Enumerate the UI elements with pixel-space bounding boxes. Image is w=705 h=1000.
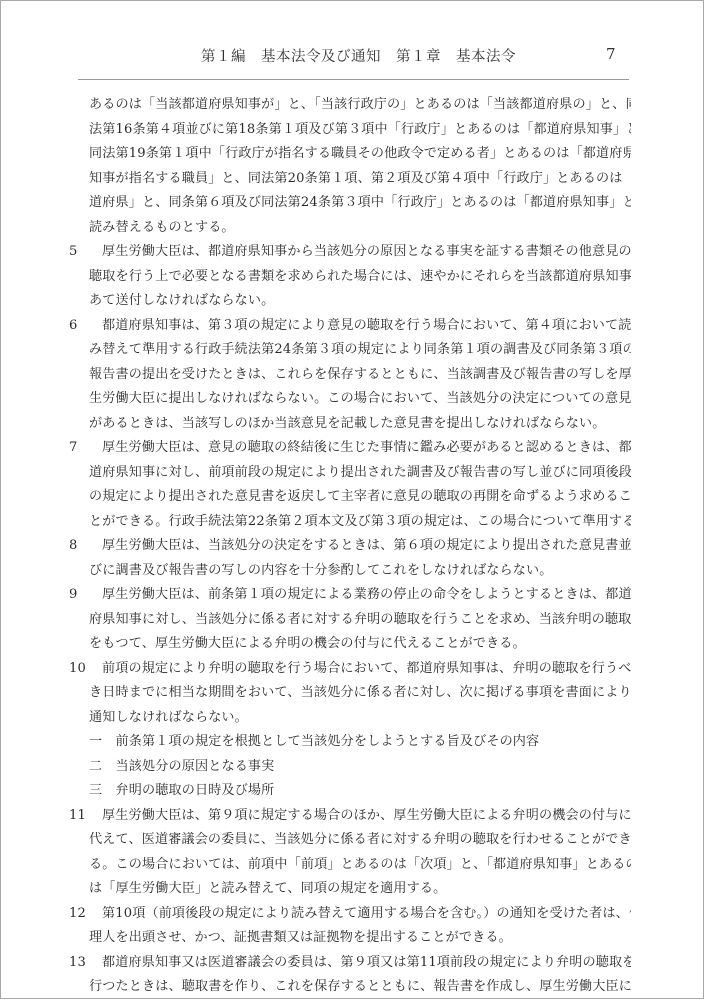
text-line: 都道府県知事は、第３項の規定により意見の聴取を行う場合において、第４項において読 bbox=[89, 314, 631, 339]
text-line: は「厚生労働大臣」と読み替えて、同項の規定を適用する。 bbox=[89, 877, 631, 902]
text-line: 厚生労働大臣は、都道府県知事から当該処分の原因となる事実を証する書類その他意見の bbox=[89, 240, 631, 265]
page-number: 7 bbox=[606, 45, 616, 63]
text-line: 知事が指名する職員」と、同法第20条第１項、第２項及び第４項中「行政庁」とあるの… bbox=[89, 167, 631, 192]
text-line: をもつて、厚生労働大臣による弁明の機会の付与に代えることができる。 bbox=[89, 632, 631, 657]
text-line: 同法第19条第１項中「行政庁が指名する職員その他政令で定める者」とあるのは「都道… bbox=[89, 142, 631, 167]
paragraph-7: 7 厚生労働大臣は、意見の聴取の終結後に生じた事情に鑑み必要があると認めるときは… bbox=[79, 436, 631, 534]
item-text: 弁明の聴取の日時及び場所 bbox=[116, 783, 275, 798]
paragraph-number: 9 bbox=[69, 583, 77, 608]
text-line: の規定により提出された意見書を返戻して主宰者に意見の聴取の再開を命ずるよう求める… bbox=[89, 485, 631, 510]
list-item-2: 二 当該処分の原因となる事実 bbox=[79, 755, 631, 780]
paragraph-6: 6 都道府県知事は、第３項の規定により意見の聴取を行う場合において、第４項におい… bbox=[79, 314, 631, 437]
text-line: み替えて準用する行政手続法第24条第３項の規定により同条第１項の調書及び同条第３… bbox=[89, 338, 631, 363]
text-line: あて送付しなければならない。 bbox=[89, 289, 631, 314]
text-line: 前項の規定により弁明の聴取を行う場合において、都道府県知事は、弁明の聴取を行うべ bbox=[89, 657, 631, 682]
text-line: あるのは「当該都道府県知事が」と、「当該行政庁の」とあるのは「当該都道府県の」と… bbox=[89, 93, 631, 118]
item-number: 二 bbox=[89, 759, 102, 774]
item-text: 当該処分の原因となる事実 bbox=[116, 759, 275, 774]
text-line: 府県知事に対し、当該処分に係る者に対する弁明の聴取を行うことを求め、当該弁明の聴… bbox=[89, 608, 631, 633]
text-line: 聴取を行う上で必要となる書類を求められた場合には、速やかにそれらを当該都道府県知… bbox=[89, 265, 631, 290]
paragraph-12: 12 第10項（前項後段の規定により読み替えて適用する場合を含む。）の通知を受け… bbox=[79, 902, 631, 951]
text-line: 厚生労働大臣は、第９項に規定する場合のほか、厚生労働大臣による弁明の機会の付与に bbox=[89, 804, 631, 829]
text-line: とができる。行政手続法第22条第２項本文及び第３項の規定は、この場合について準用… bbox=[89, 510, 631, 535]
text-line: る。この場合においては、前項中「前項」とあるのは「次項」と、「都道府県知事」とあ… bbox=[89, 853, 631, 878]
paragraph-continuation: あるのは「当該都道府県知事が」と、「当該行政庁の」とあるのは「当該都道府県の」と… bbox=[79, 93, 631, 240]
item-number: 三 bbox=[89, 783, 102, 798]
text-line: 代えて、医道審議会の委員に、当該処分に係る者に対する弁明の聴取を行わせることがで… bbox=[89, 828, 631, 853]
text-line: 生労働大臣に提出しなければならない。この場合において、当該処分の決定についての意… bbox=[89, 387, 631, 412]
paragraph-13: 13 都道府県知事又は医道審議会の委員は、第９項又は第11項前段の規定により弁明… bbox=[79, 951, 631, 1000]
text-line: 行つたときは、聴取書を作り、これを保存するとともに、報告書を作成し、厚生労働大臣… bbox=[89, 975, 631, 1000]
text-line: 道府県」と、同条第６項及び同法第24条第３項中「行政庁」とあるのは「都道府県知事… bbox=[89, 191, 631, 216]
paragraph-number: 11 bbox=[69, 804, 86, 829]
paragraph-number: 13 bbox=[69, 951, 86, 976]
paragraph-10: 10 前項の規定により弁明の聴取を行う場合において、都道府県知事は、弁明の聴取を… bbox=[79, 657, 631, 731]
text-line: 法第16条第４項並びに第18条第１項及び第３項中「行政庁」とあるのは「都道府県知… bbox=[89, 118, 631, 143]
text-line: 通知しなければならない。 bbox=[89, 706, 631, 731]
text-line: があるときは、当該写しのほか当該意見を記載した意見書を提出しなければならない。 bbox=[89, 412, 631, 437]
text-line: 都道府県知事又は医道審議会の委員は、第９項又は第11項前段の規定により弁明の聴取… bbox=[89, 951, 631, 976]
paragraph-8: 8 厚生労働大臣は、当該処分の決定をするときは、第６項の規定により提出された意見… bbox=[79, 534, 631, 583]
paragraph-5: 5 厚生労働大臣は、都道府県知事から当該処分の原因となる事実を証する書類その他意… bbox=[79, 240, 631, 314]
text-line: 厚生労働大臣は、前条第１項の規定による業務の停止の命令をしようとするときは、都道 bbox=[89, 583, 631, 608]
paragraph-11: 11 厚生労働大臣は、第９項に規定する場合のほか、厚生労働大臣による弁明の機会の… bbox=[79, 804, 631, 902]
text-line: びに調書及び報告書の写しの内容を十分参酌してこれをしなければならない。 bbox=[89, 559, 631, 584]
paragraph-number: 8 bbox=[69, 534, 77, 559]
paragraph-number: 5 bbox=[69, 240, 77, 265]
list-item-1: 一 前条第１項の規定を根拠として当該処分をしようとする旨及びその内容 bbox=[79, 730, 631, 755]
text-line: 厚生労働大臣は、当該処分の決定をするときは、第６項の規定により提出された意見書並 bbox=[89, 534, 631, 559]
paragraph-number: 6 bbox=[69, 314, 77, 339]
list-item-3: 三 弁明の聴取の日時及び場所 bbox=[79, 779, 631, 804]
text-line: 道府県知事に対し、前項前段の規定により提出された調書及び報告書の写し並びに同項後… bbox=[89, 461, 631, 486]
paragraph-number: 12 bbox=[69, 902, 86, 927]
document-body: あるのは「当該都道府県知事が」と、「当該行政庁の」とあるのは「当該都道府県の」と… bbox=[79, 93, 631, 1000]
text-line: 報告書の提出を受けたときは、これらを保存するとともに、当該調書及び報告書の写しを… bbox=[89, 363, 631, 388]
document-page: 第１編 基本法令及び通知 第１章 基本法令 7 あるのは「当該都道府県知事が」と… bbox=[0, 0, 704, 999]
header-rule bbox=[78, 79, 629, 80]
text-line: き日時までに相当な期間をおいて、当該処分に係る者に対し、次に掲げる事項を書面によ… bbox=[89, 681, 631, 706]
paragraph-number: 10 bbox=[69, 657, 86, 682]
item-number: 一 bbox=[89, 734, 102, 749]
text-line: 第10項（前項後段の規定により読み替えて適用する場合を含む。）の通知を受けた者は… bbox=[89, 902, 631, 927]
text-line: 厚生労働大臣は、意見の聴取の終結後に生じた事情に鑑み必要があると認めるときは、都 bbox=[89, 436, 631, 461]
paragraph-9: 9 厚生労働大臣は、前条第１項の規定による業務の停止の命令をしようとするときは、… bbox=[79, 583, 631, 657]
running-head: 第１編 基本法令及び通知 第１章 基本法令 bbox=[201, 45, 516, 66]
text-line: 理人を出頭させ、かつ、証拠書類又は証拠物を提出することができる。 bbox=[89, 926, 631, 951]
item-text: 前条第１項の規定を根拠として当該処分をしようとする旨及びその内容 bbox=[116, 734, 540, 749]
paragraph-number: 7 bbox=[69, 436, 77, 461]
text-line: 読み替えるものとする。 bbox=[89, 216, 631, 241]
